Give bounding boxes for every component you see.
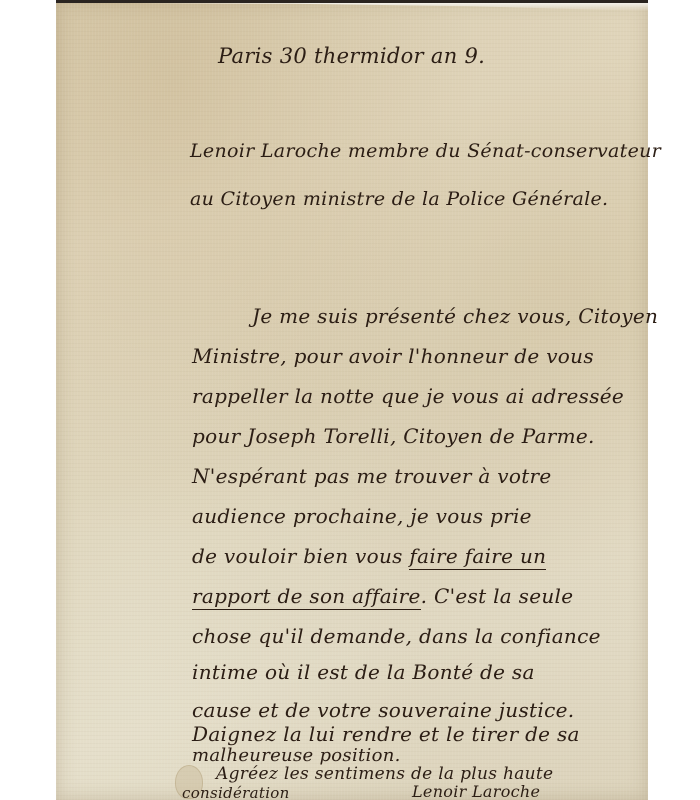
body-line-10: intime où il est de la Bonté de sa: [192, 660, 535, 684]
body-line-11: cause et de votre souveraine justice.: [192, 698, 574, 722]
heading-line-1: Lenoir Laroche membre du Sénat-conservat…: [190, 140, 661, 162]
scan-top-border: [56, 0, 648, 3]
body-line-6: audience prochaine, je vous prie: [192, 504, 532, 528]
body-line-5: N'espérant pas me trouver à votre: [192, 464, 552, 488]
body-line-8-text: rapport de son affaire. C'est la seule: [192, 584, 573, 610]
body-line-1: Je me suis présenté chez vous, Citoyen: [252, 304, 658, 328]
underlined-phrase: faire faire un: [409, 544, 546, 570]
body-line-3: rappeller la notte que je vous ai adress…: [192, 384, 624, 408]
body-line-9: chose qu'il demande, dans la confiance: [192, 624, 601, 648]
closing-line-1: Agréez les sentimens de la plus haute: [216, 764, 553, 784]
body-line-12: Daignez la lui rendre et le tirer de sa: [192, 722, 580, 746]
body-line-13: malheureuse position.: [192, 745, 401, 766]
signature: Lenoir Laroche: [412, 785, 540, 799]
body-line-7-text: de vouloir bien vous faire faire un: [192, 544, 546, 570]
closing-line-2: considération: [182, 787, 290, 800]
body-line-4: pour Joseph Torelli, Citoyen de Parme.: [192, 424, 595, 448]
heading-line-2: au Citoyen ministre de la Police Général…: [190, 188, 608, 210]
underlined-phrase: rapport de son affaire: [192, 584, 421, 610]
body-line-7: de vouloir bien vous faire faire un: [192, 544, 546, 568]
body-line-8: rapport de son affaire. C'est la seule: [192, 584, 573, 608]
dateline: Paris 30 thermidor an 9.: [218, 44, 485, 68]
body-line-2: Ministre, pour avoir l'honneur de vous: [192, 344, 594, 368]
